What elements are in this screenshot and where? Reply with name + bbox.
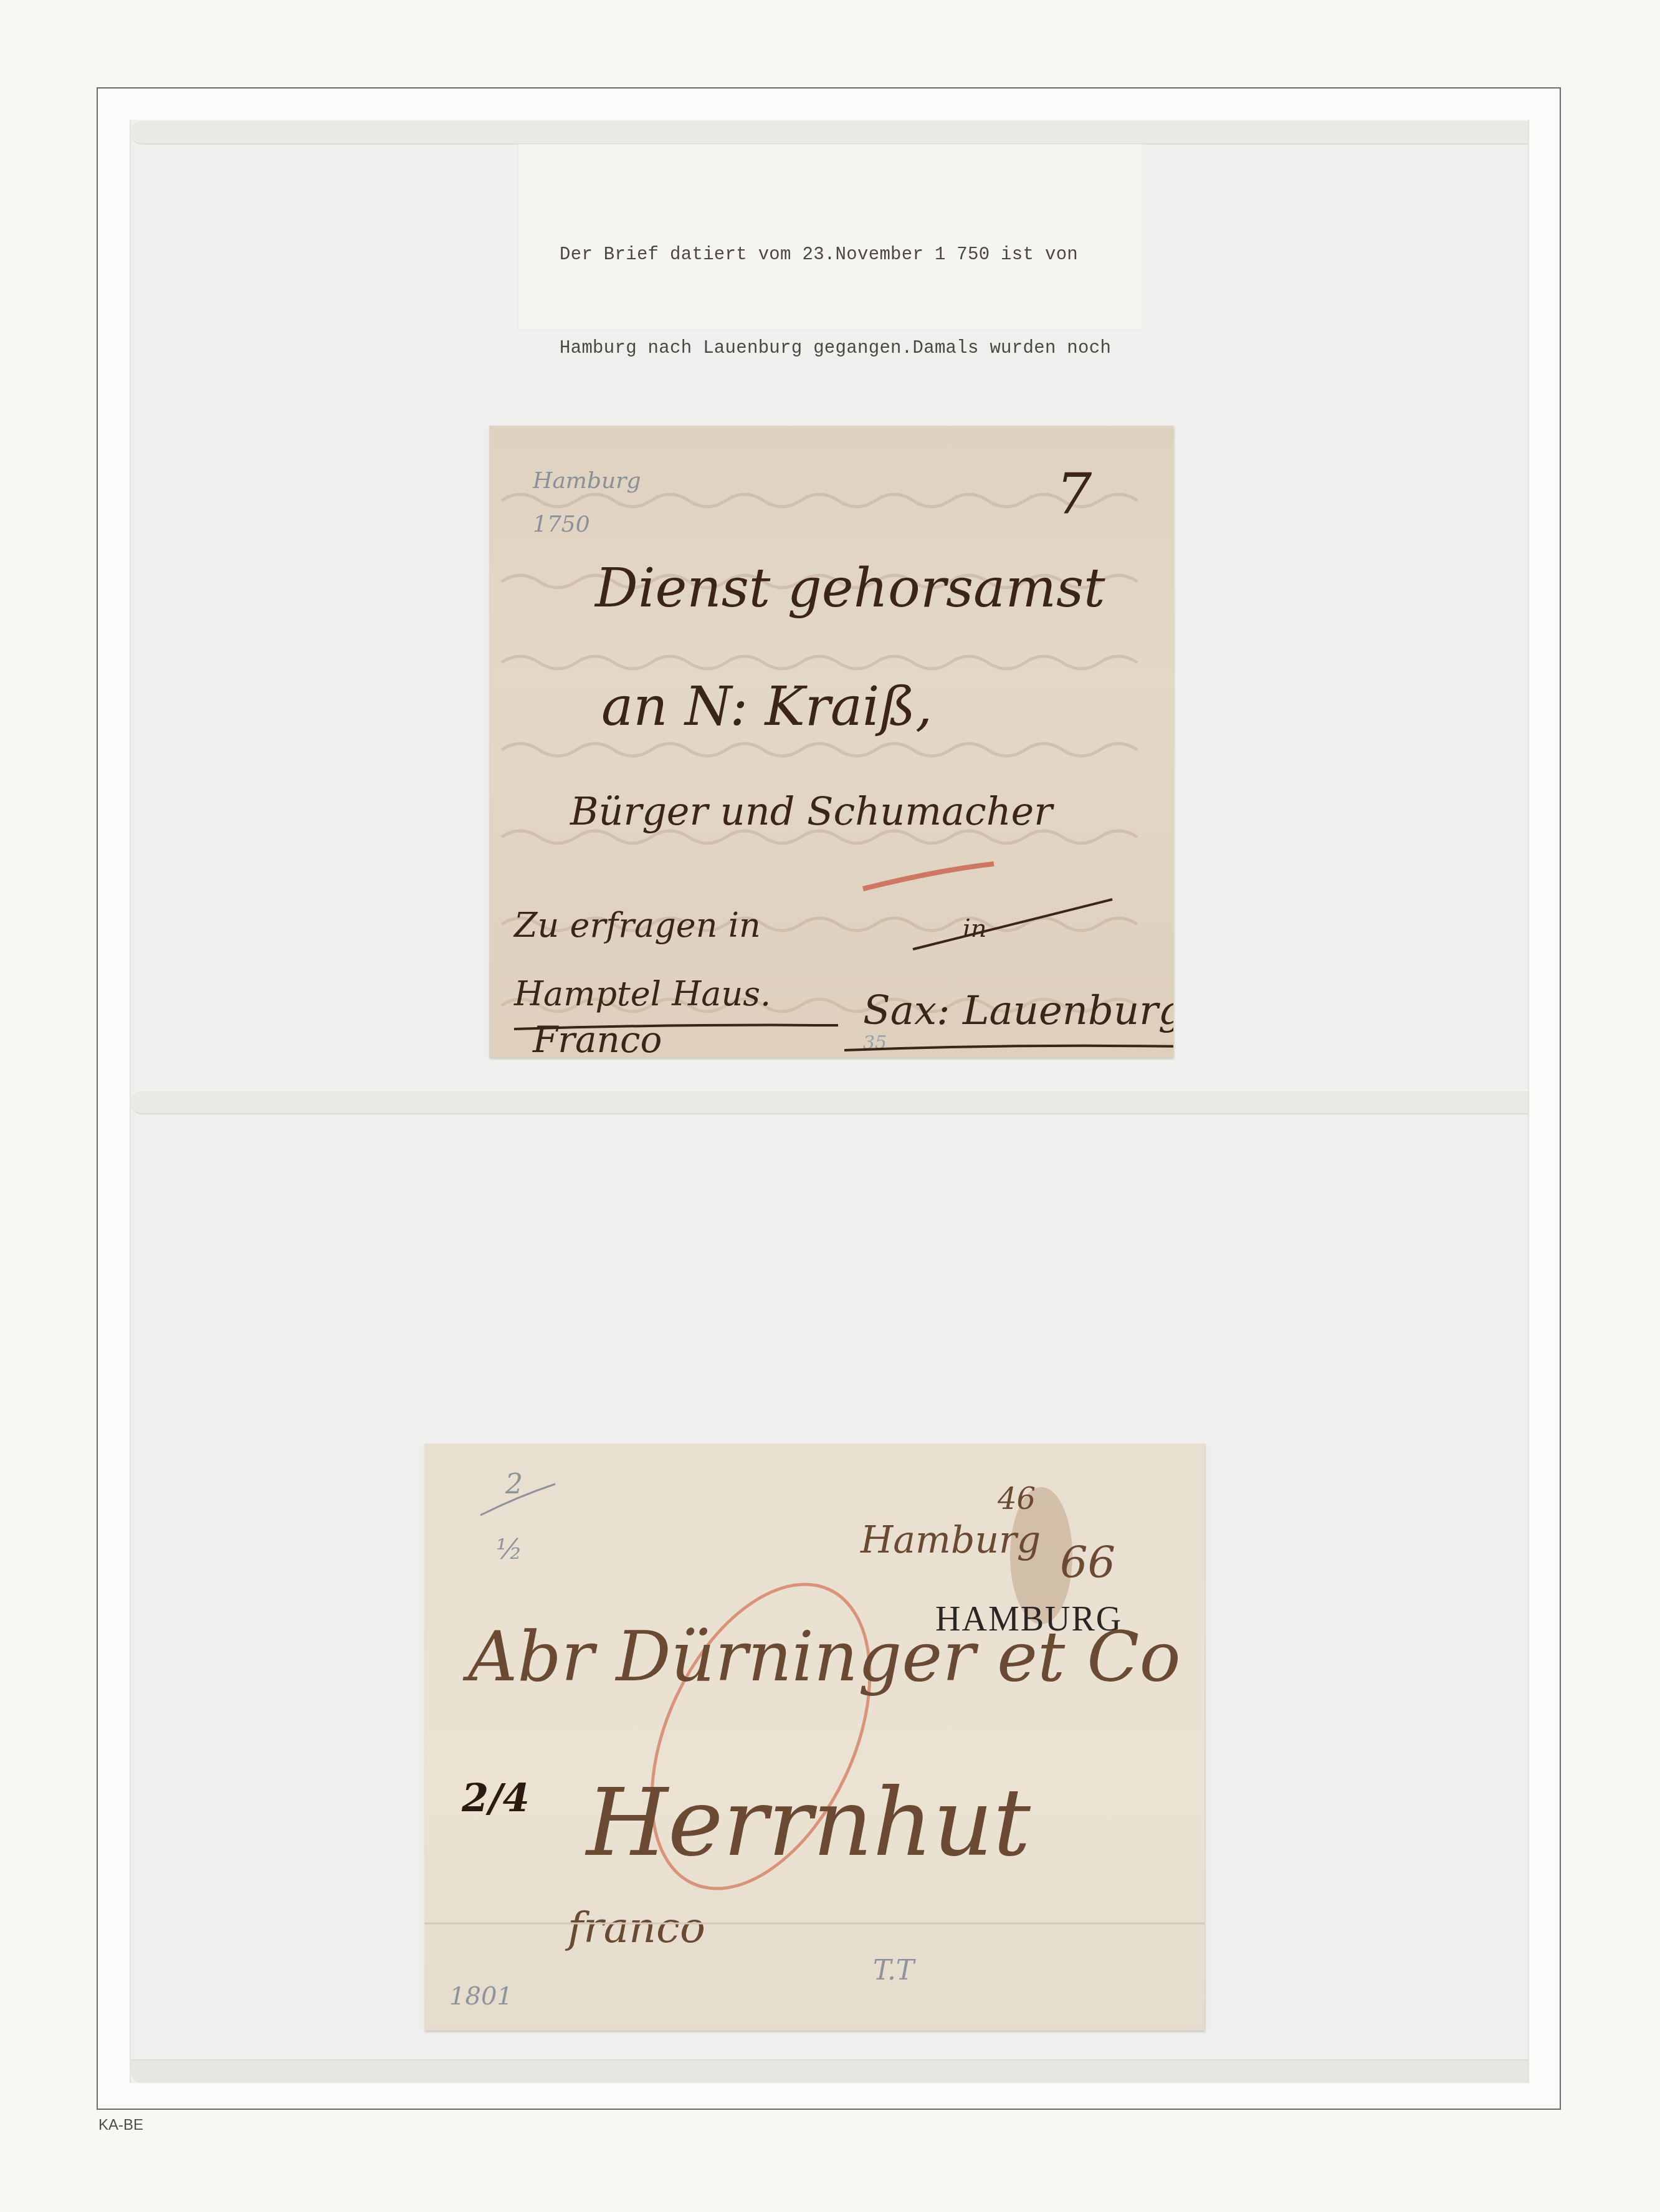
address-line: Hamburg xyxy=(860,1518,1041,1562)
pencil-note-year: 1750 xyxy=(533,512,590,537)
destination: Sax: Lauenburg xyxy=(863,988,1173,1034)
rate-mark: 66 xyxy=(1060,1537,1115,1588)
destination-herrnhut: Herrnhut xyxy=(584,1769,1031,1877)
caption-line: Der Brief datiert vom 23.November 1 750 … xyxy=(560,239,1122,271)
underline xyxy=(913,899,1112,949)
endorsement-franco: franco xyxy=(565,1903,705,1953)
endorsement-franco: Franco xyxy=(532,1018,662,1058)
letter-2-writing: 2 ½ 46 66 Hamburg HAMBURG Abr Dürninger … xyxy=(424,1444,1204,2031)
pocket-strip xyxy=(131,120,1528,145)
letter-cover-1801: 2 ½ 46 66 Hamburg HAMBURG Abr Dürninger … xyxy=(424,1444,1204,2031)
address-line: Bürger und Schumacher xyxy=(570,788,1054,834)
pencil-note-place: Hamburg xyxy=(532,468,641,494)
publisher-mark: KA-BE xyxy=(98,2117,143,2134)
address-line: Zu erfragen in xyxy=(513,906,761,945)
red-crayon-stroke xyxy=(863,864,994,889)
address-line: an N: Kraiß, xyxy=(601,676,932,738)
underline xyxy=(844,1046,1173,1050)
rate-mark: 2/4 xyxy=(461,1775,530,1821)
address-line: in xyxy=(963,914,987,943)
pencil-note: ½ xyxy=(496,1534,523,1566)
pencil-note-year: 1801 xyxy=(449,1982,513,2011)
pencil-note: 2 xyxy=(505,1468,523,1500)
caption-label: Der Brief datiert vom 23.November 1 750 … xyxy=(518,145,1142,329)
letter-cover-1750: Hamburg 1750 35 7 Dienst gehorsamst an N… xyxy=(489,426,1173,1058)
caption-line: Hamburg nach Lauenburg gegangen.Damals w… xyxy=(560,333,1122,364)
address-line: Dienst gehorsamst xyxy=(594,557,1105,620)
addressee: Abr Dürninger et Co xyxy=(462,1617,1181,1697)
letter-1-writing: Hamburg 1750 35 7 Dienst gehorsamst an N… xyxy=(489,426,1173,1058)
rate-mark: 46 xyxy=(997,1482,1036,1516)
pocket-bottom-strip xyxy=(131,2059,1528,2083)
address-line: Hamptel Haus. xyxy=(513,974,771,1013)
pencil-note-number: 35 xyxy=(863,1032,887,1054)
pocket-strip xyxy=(131,1089,1528,1114)
pencil-note: T.T xyxy=(873,1955,917,1986)
rate-mark: 7 xyxy=(1056,461,1092,527)
